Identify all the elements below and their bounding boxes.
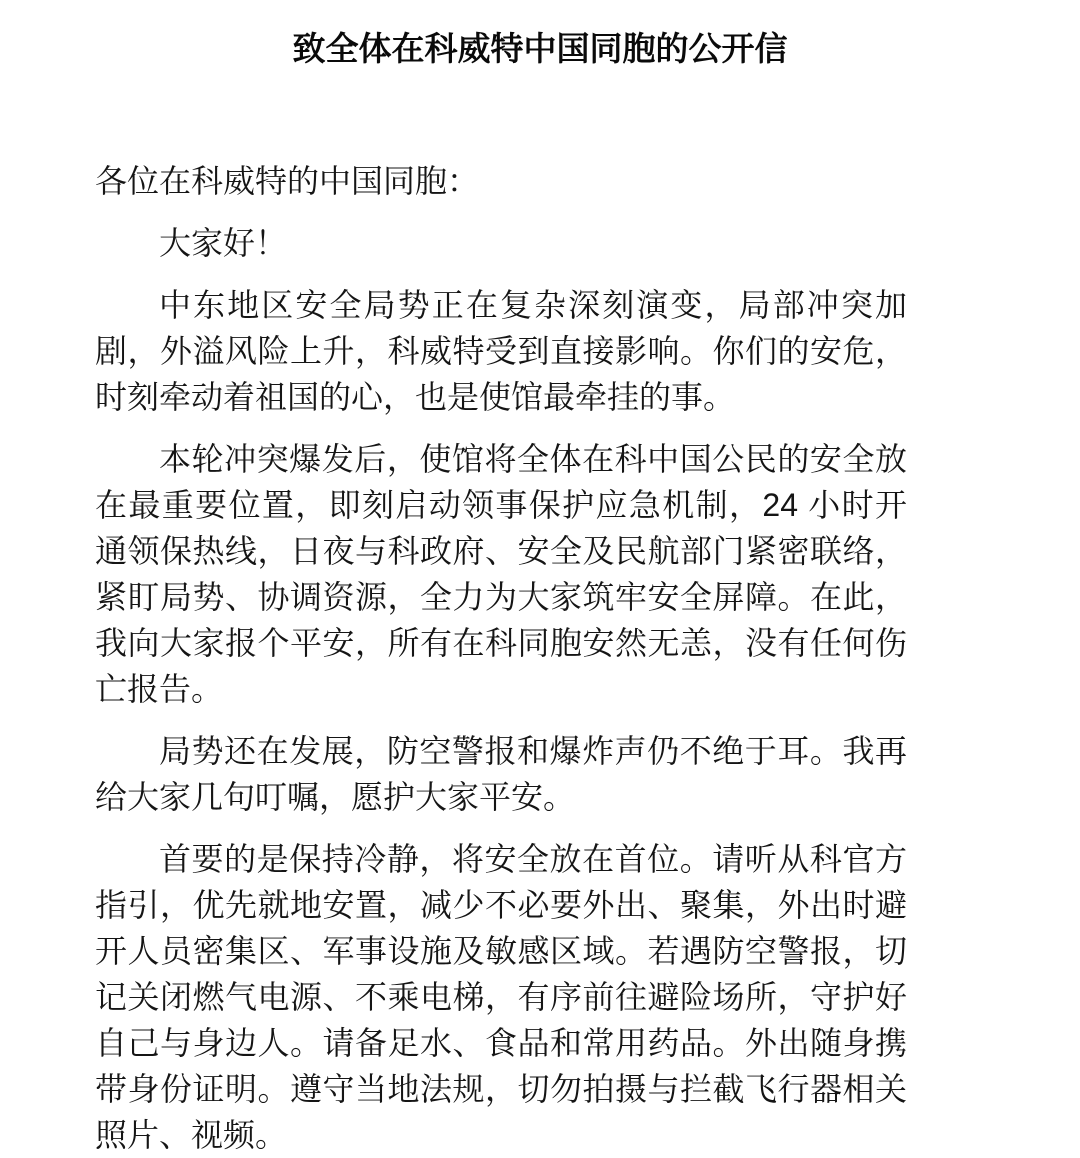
letter-document: 致全体在科威特中国同胞的公开信 各位在科威特的中国同胞： 大家好！ 中东地区安全… bbox=[0, 0, 1080, 1158]
letter-body: 各位在科威特的中国同胞： 大家好！ 中东地区安全局势正在复杂深刻演变，局部冲突加… bbox=[95, 158, 907, 1158]
letter-paragraph: 首要的是保持冷静，将安全放在首位。请听从科官方指引，优先就地安置，减少不必要外出… bbox=[95, 836, 907, 1158]
letter-paragraph: 局势还在发展，防空警报和爆炸声仍不绝于耳。我再给大家几句叮嘱，愿护大家平安。 bbox=[95, 728, 907, 820]
letter-salutation: 各位在科威特的中国同胞： bbox=[95, 158, 907, 204]
letter-title: 致全体在科威特中国同胞的公开信 bbox=[0, 26, 1080, 72]
letter-greeting: 大家好！ bbox=[95, 220, 907, 266]
letter-paragraph: 中东地区安全局势正在复杂深刻演变，局部冲突加剧，外溢风险上升，科威特受到直接影响… bbox=[95, 282, 907, 420]
letter-paragraph: 本轮冲突爆发后，使馆将全体在科中国公民的安全放在最重要位置，即刻启动领事保护应急… bbox=[95, 436, 907, 712]
